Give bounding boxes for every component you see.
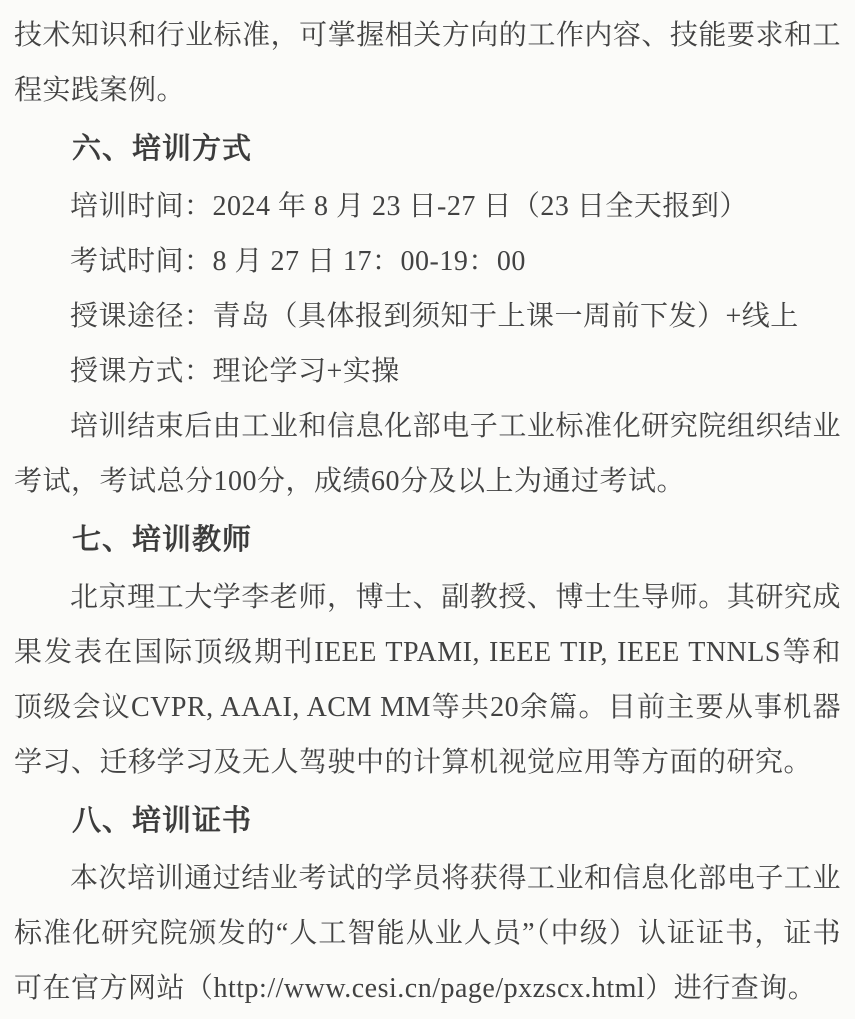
- certificate-paragraph: 本次培训通过结业考试的学员将获得工业和信息化部电子工业标准化研究院颁发的“人工智…: [14, 851, 841, 1016]
- section-heading-training-certificate: 八、培训证书: [14, 794, 841, 849]
- document-page: 技术知识和行业标准，可掌握相关方向的工作内容、技能要求和工程实践案例。 六、培训…: [0, 0, 855, 1019]
- body-paragraph-continuation: 技术知识和行业标准，可掌握相关方向的工作内容、技能要求和工程实践案例。: [14, 8, 841, 118]
- teaching-venue-line: 授课途径：青岛（具体报到须知于上课一周前下发）+线上: [14, 289, 841, 344]
- teacher-introduction-paragraph: 北京理工大学李老师，博士、副教授、博士生导师。其研究成果发表在国际顶级期刊IEE…: [14, 570, 841, 790]
- exam-time-line: 考试时间：8 月 27 日 17：00-19：00: [14, 234, 841, 289]
- teaching-mode-line: 授课方式：理论学习+实操: [14, 344, 841, 399]
- exam-organization-paragraph: 培训结束后由工业和信息化部电子工业标准化研究院组织结业考试，考试总分100分，成…: [14, 399, 841, 509]
- training-time-line: 培训时间：2024 年 8 月 23 日-27 日（23 日全天报到）: [14, 179, 841, 234]
- section-heading-training-method: 六、培训方式: [14, 122, 841, 177]
- section-heading-training-teacher: 七、培训教师: [14, 513, 841, 568]
